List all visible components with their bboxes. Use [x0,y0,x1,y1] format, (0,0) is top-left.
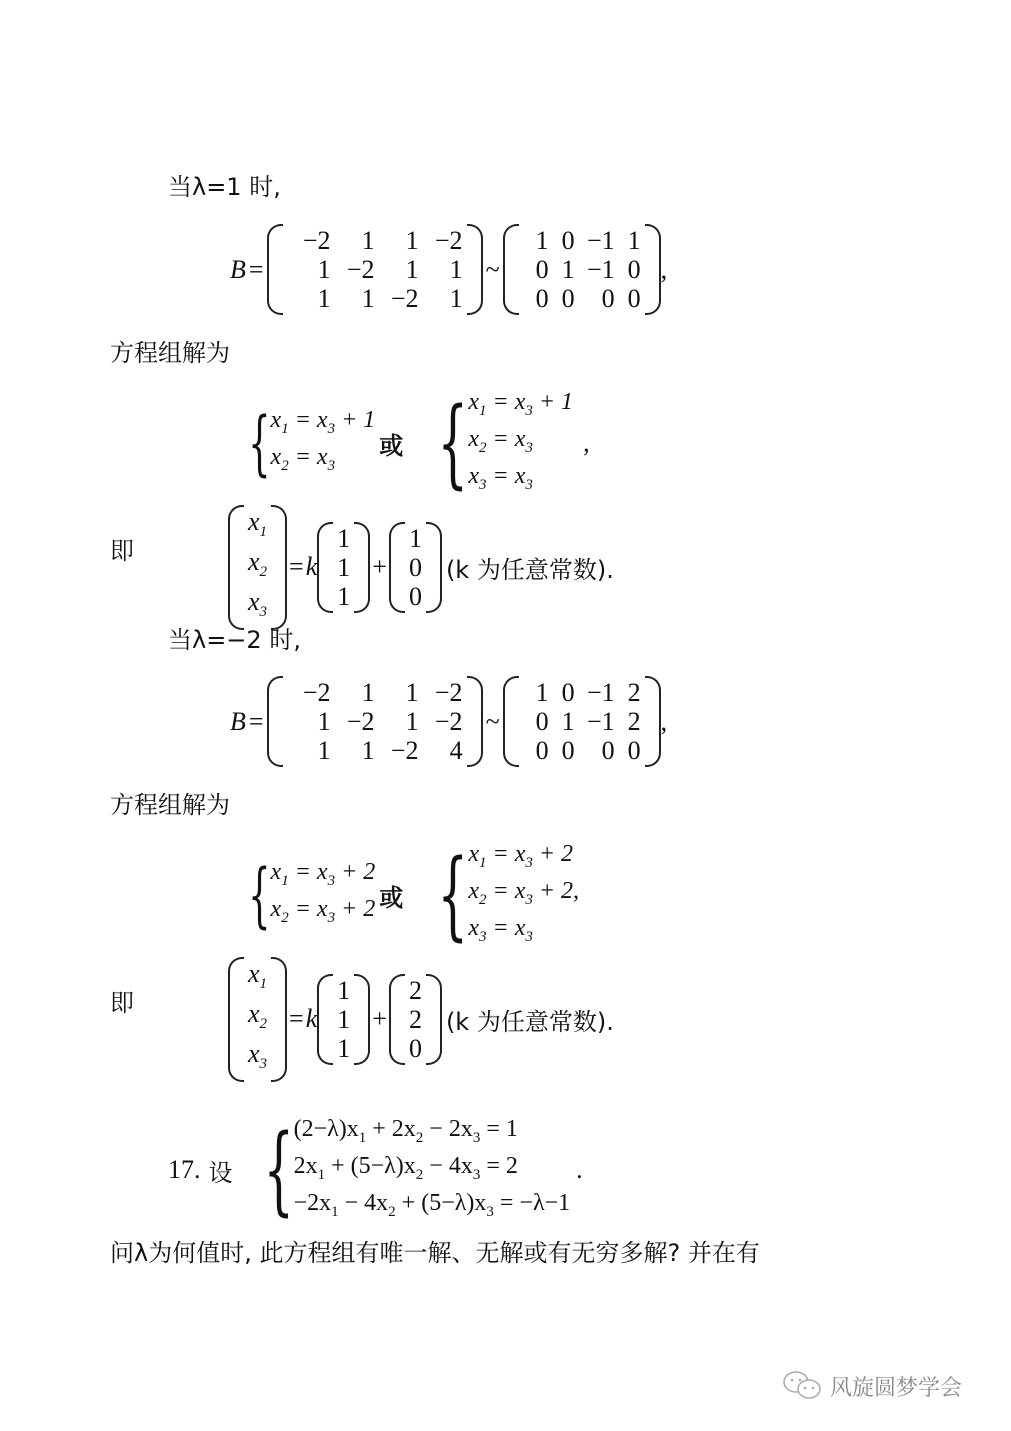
matrix-cell: 1 [375,255,419,284]
equation-line: x2 = x3 + 2, [468,877,579,914]
vector-cell: x1 [248,507,267,547]
matrix-cell: 0 [523,707,549,736]
matrix-cell: 0 [549,284,575,313]
matrix-cell: 1 [375,707,419,736]
matrix-cell: 1 [331,736,375,765]
equation-line: 2x1 + (5−λ)x2 − 4x3 = 2 [294,1152,571,1189]
matrix-cell: 0 [549,678,575,707]
let-text: 设 [209,1153,233,1188]
matrix-cell: −2 [375,284,419,313]
watermark: 风旋圆梦学会 [782,1370,962,1402]
vector-cell: 1 [337,1034,350,1063]
system-full: x1 = x3 + 1x2 = x3x3 = x3 [468,388,573,498]
equation-line: x3 = x3 [468,914,579,951]
vector-cell: x3 [248,1039,267,1079]
matrix-cell: 0 [615,255,641,284]
matrix-cell: 2 [615,678,641,707]
equation-line: x1 = x3 + 1 [271,406,376,443]
equation-line: x2 = x3 [468,425,573,462]
left-brace: { [438,408,469,478]
case2-matrix-equation: B = −211−21−21−211−24 ~ 10−1201−120000 , [230,676,667,767]
matrix-cell: 1 [331,226,375,255]
k-symbol: k [306,1004,318,1034]
k-symbol: k [306,552,318,582]
vector-cell: 2 [409,976,422,1005]
left-brace: { [438,860,469,930]
vector-cell: x1 [248,959,267,999]
vector-cell: 0 [409,582,422,611]
vector-cell: x3 [248,587,267,627]
vector-cell: 1 [409,524,422,553]
matrix-B: −211−21−21111−21 [267,224,483,315]
matrix-cell: 0 [575,736,615,765]
vector-cell: 1 [337,976,350,1005]
ji-text: 即 [110,989,134,1017]
vector-cell: 1 [337,582,350,611]
matrix-cell: 1 [549,255,575,284]
equation-line: x1 = x3 + 2 [271,858,376,895]
matrix-cell: −1 [575,707,615,736]
matrix-cell: 1 [615,226,641,255]
case2-ji: 即 [110,988,134,1018]
tilde-sign: ~ [486,707,500,737]
question-text: 问λ为何值时, 此方程组有唯一解、无解或有无穷多解? 并在有 [110,1239,760,1267]
matrix-cell: −2 [419,226,463,255]
matrix-cell: −2 [419,707,463,736]
equation-line: x3 = x3 [468,462,573,499]
problem-17: 17. 设 { (2−λ)x1 + 2x2 − 2x3 = 12x1 + (5−… [168,1115,583,1225]
matrix-cell: 0 [549,736,575,765]
wechat-icon [782,1370,824,1402]
system-short: x1 = x3 + 2x2 = x3 + 2 [271,858,376,932]
case1-solution-label: 方程组解为 [110,338,230,368]
matrix-reduced: 10−1201−120000 [503,676,661,767]
case1-vector-equation: x1x2x3 = k 111 + 100 (k 为任意常数). [228,505,614,630]
vector-c: 100 [389,522,442,613]
matrix-cell: 1 [523,678,549,707]
case1-ji: 即 [110,536,134,566]
matrix-cell: 2 [615,707,641,736]
problem-17-question: 问λ为何值时, 此方程组有唯一解、无解或有无穷多解? 并在有 [110,1238,760,1268]
case1-matrix-equation: B = −211−21−21111−21 ~ 10−1101−100000 , [230,224,667,315]
plus-sign: + [372,552,387,582]
vector-x: x1x2x3 [228,957,287,1082]
vector-cell: 1 [337,524,350,553]
left-brace: { [263,1135,294,1205]
matrix-cell: −2 [331,255,375,284]
vector-cell: x2 [248,547,267,587]
vector-cell: 0 [409,553,422,582]
matrix-cell: 1 [375,678,419,707]
equation-line: x1 = x3 + 2 [468,840,579,877]
matrix-cell: 1 [287,707,331,736]
case1-heading: 当λ=1 时, [168,172,281,202]
matrix-cell: 1 [287,284,331,313]
equation-line: −2x1 − 4x2 + (5−λ)x3 = −λ−1 [294,1189,571,1226]
equals-sign: = [249,707,264,737]
arbitrary-constant-note: (k 为任意常数). [446,1002,614,1037]
matrix-cell: −2 [375,736,419,765]
matrix-cell: 1 [287,736,331,765]
case1-systems: { x1 = x3 + 1x2 = x3 或 { x1 = x3 + 1x2 =… [226,388,590,498]
case2-systems: { x1 = x3 + 2x2 = x3 + 2 或 { x1 = x3 + 2… [226,840,579,950]
matrix-cell: −1 [575,226,615,255]
matrix-cell: −2 [287,226,331,255]
vector-cell: 1 [337,553,350,582]
matrix-cell: 0 [523,255,549,284]
case2-heading-text: 当λ=−2 时, [168,626,301,654]
case2-heading: 当λ=−2 时, [168,625,301,655]
matrix-cell: 0 [549,226,575,255]
equation-line: x1 = x3 + 1 [468,388,573,425]
matrix-cell: 1 [419,284,463,313]
matrix-cell: 1 [287,255,331,284]
matrix-cell: −2 [419,678,463,707]
trailing-period: . [576,1155,583,1185]
trailing-comma: , [661,707,668,737]
matrix-cell: −1 [575,255,615,284]
ji-text: 即 [110,537,134,565]
vector-c: 220 [389,974,442,1065]
matrix-cell: 0 [575,284,615,313]
vector-k: 111 [317,522,370,613]
plus-sign: + [372,1004,387,1034]
matrix-cell: 1 [331,284,375,313]
vector-x: x1x2x3 [228,505,287,630]
matrix-cell: 0 [523,736,549,765]
system-short: x1 = x3 + 1x2 = x3 [271,406,376,480]
arbitrary-constant-note: (k 为任意常数). [446,550,614,585]
equation-line: (2−λ)x1 + 2x2 − 2x3 = 1 [294,1115,571,1152]
case1-heading-text: 当λ=1 时, [168,173,281,201]
equation-line: x2 = x3 [271,443,376,480]
matrix-cell: 0 [615,284,641,313]
equals-sign: = [249,255,264,285]
left-brace: { [248,408,270,478]
vector-cell: 1 [337,1005,350,1034]
matrix-cell: 1 [523,226,549,255]
vector-k: 111 [317,974,370,1065]
system-full: x1 = x3 + 2x2 = x3 + 2,x3 = x3 [468,840,579,950]
or-text: 或 [379,878,403,913]
left-brace: { [248,860,270,930]
tilde-sign: ~ [486,255,500,285]
problem-number: 17. [168,1155,201,1185]
solution-label-text: 方程组解为 [110,339,230,367]
matrix-cell: −1 [575,678,615,707]
matrix-cell: 0 [615,736,641,765]
matrix-label: B [230,707,246,737]
case2-solution-label: 方程组解为 [110,790,230,820]
matrix-cell: 1 [419,255,463,284]
matrix-B: −211−21−21−211−24 [267,676,483,767]
case2-vector-equation: x1x2x3 = k 111 + 220 (k 为任意常数). [228,957,614,1082]
vector-cell: 2 [409,1005,422,1034]
matrix-cell: −2 [287,678,331,707]
matrix-cell: 1 [331,678,375,707]
vector-cell: 0 [409,1034,422,1063]
matrix-cell: 1 [549,707,575,736]
trailing-comma: , [661,255,668,285]
equation-line: x2 = x3 + 2 [271,895,376,932]
trailing-comma: , [583,428,590,458]
solution-label-text: 方程组解为 [110,791,230,819]
equation-system: (2−λ)x1 + 2x2 − 2x3 = 12x1 + (5−λ)x2 − 4… [294,1115,571,1225]
matrix-reduced: 10−1101−100000 [503,224,661,315]
watermark-text: 风旋圆梦学会 [830,1371,962,1402]
vector-cell: x2 [248,999,267,1039]
matrix-cell: 1 [375,226,419,255]
matrix-cell: −2 [331,707,375,736]
matrix-cell: 0 [523,284,549,313]
matrix-cell: 4 [419,736,463,765]
matrix-label: B [230,255,246,285]
or-text: 或 [379,426,403,461]
